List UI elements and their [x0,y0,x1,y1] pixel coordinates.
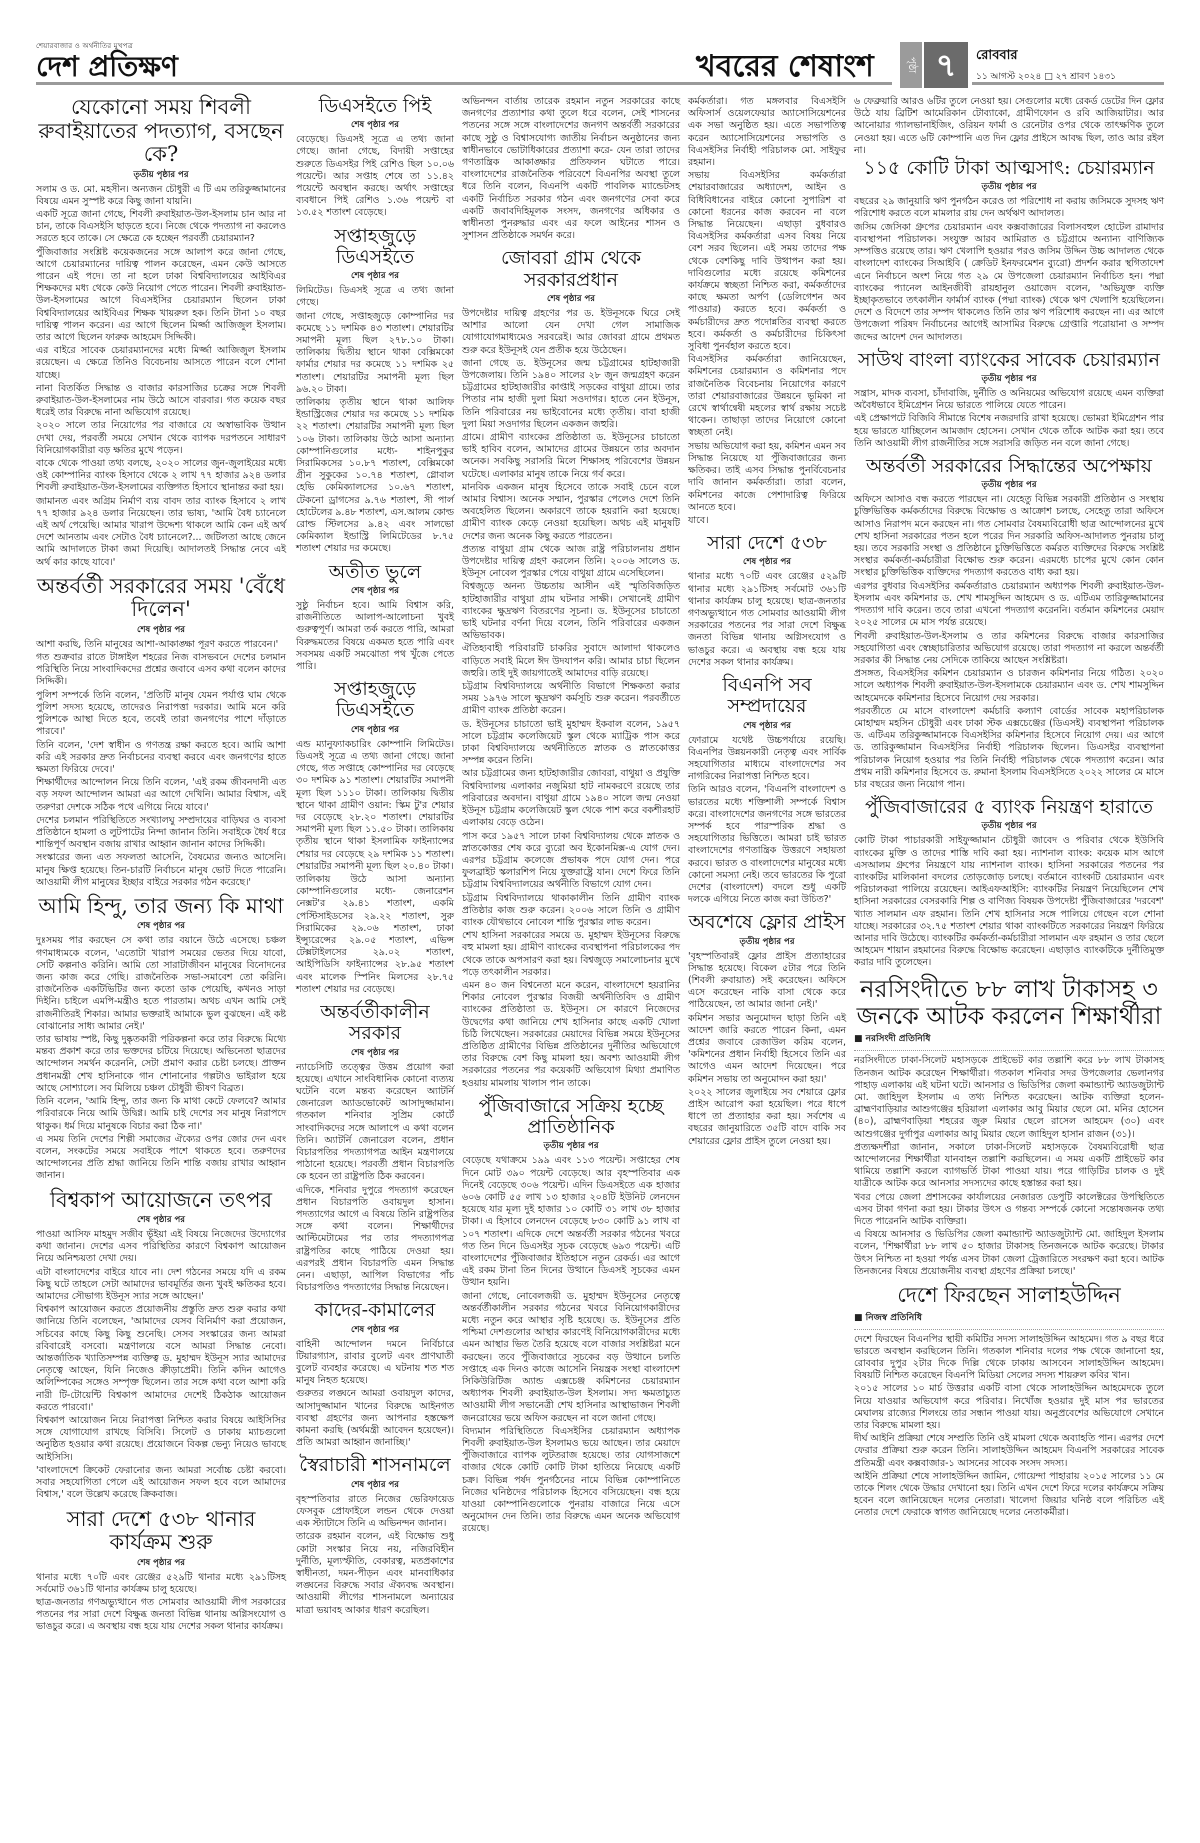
paragraph: এর বাইরে সাবেক চেয়ারম্যানদের মধ্যে মির্… [36,345,286,382]
jump-line: শেষ পৃষ্ঠার পর [296,118,454,132]
headline: সারা দেশে ৫৩৮ [688,533,846,554]
article-body: নরসিংদীতে ঢাকা-সিলেট মহাসড়কে প্রাইভেট ক… [854,1055,1164,1278]
jump-line: শেষ পৃষ্ঠার পর [36,623,286,637]
jump-line: শেষ পৃষ্ঠার পর [296,269,454,283]
article-interim-decision: অন্তর্বর্তী সরকারের সিদ্ধান্তের অপেক্ষায… [854,456,1164,791]
paragraph: এমন ৪০ জন বিশ্বনেতা মনে করেন, বাংলাদেশে … [462,980,680,1090]
jump-line: শেষ পৃষ্ঠার পর [296,1323,454,1337]
jump-line: শেষ পৃষ্ঠার পর [296,723,454,737]
section-title: খবরের শেষাংশ [696,42,874,93]
paragraph: পুঁজিবাজার সংশ্লিষ্ট কয়েকজনের সঙ্গে আলা… [36,247,286,345]
article-body: আশা করছি, তিনি মানুষের আশা-আকাঙ্ক্ষা পূর… [36,639,286,889]
article-weekly-dse-gainers: সপ্তাহজুড়ে ডিএসইতে শেষ পৃষ্ঠার পর এন্ড … [296,679,454,996]
paragraph: জসিম জেসিকা গ্রুপের চেয়ারম্যান এবং কক্স… [854,222,1164,344]
paragraph: সভায় বিএসইসির কর্মকর্তারা শেয়ারবাজারের… [688,170,846,353]
column-center-left: ডিএসইতে পিই শেষ পৃষ্ঠার পর বেড়েছে। ডিএস… [296,96,454,1623]
headline: স্বৈরাচারী শাসনামলে [296,1455,454,1476]
headline: বিএনপি সব সম্প্রদায়ের [688,675,846,718]
headline: বিশ্বকাপ আয়োজনে তৎপর [36,1189,286,1213]
article-floor-price: অবশেষে ফ্লোর প্রাইস তৃতীয় পৃষ্ঠার পর 'ব… [688,912,846,1148]
paragraph: বিএসইসির কর্মকর্তারা জানিয়েছেন, কমিশনের… [688,354,846,439]
article-ami-hindu: আমি হিন্দু, তার জন্য কি মাথা শেষ পৃষ্ঠার… [36,895,286,1183]
paragraph: উপদেষ্টার দায়িত্ব গ্রহণের পর ড. ইউনূসকে… [462,308,680,357]
jump-line: শেষ পৃষ্ঠার পর [296,1046,454,1060]
article-body: উপদেষ্টার দায়িত্ব গ্রহণের পর ড. ইউনূসকে… [462,308,680,1090]
headline: অন্তর্বর্তী সরকারের সিদ্ধান্তের অপেক্ষায… [854,456,1164,477]
article-body: ফোরামে যথেষ্ট উচ্চপর্যায়ে রয়েছি। বিএনপ… [688,735,846,907]
headline: নরসিংদীতে ৮৮ লাখ টাকাসহ ৩ জনকে আটক করলেন… [854,976,1164,1030]
paragraph: তালিকায় তৃতীয় স্থানে থাকা আলিফ ইন্ডাস্… [296,397,454,556]
article-body: কর্মকর্তারা। গত মঙ্গলবার বিএসইসি অফিসার্… [688,96,846,527]
article-narsingdi: নরসিংদীতে ৮৮ লাখ টাকাসহ ৩ জনকে আটক করলেন… [854,976,1164,1278]
article-body: থানার মধ্যে ৭০টি এবং রেঞ্জের ৫২৯টি থানার… [688,571,846,669]
date-block: রোববার ১১ আগস্ট ২০২৪ □ ২৭ শ্রাবণ ১৪৩১ [976,46,1116,84]
paragraph: ২০১৫ সালের ১০ মার্চ উত্তরার একটি বাসা থে… [854,1383,1164,1432]
paragraph: আশা করছি, তিনি মানুষের আশা-আকাঙ্ক্ষা পূর… [36,639,286,651]
article-body: ন্যাচেসিটি তত্ত্বের উত্তম প্রয়োগ করা হয… [296,1062,454,1295]
paragraph: আইনি প্রক্রিয়া শেষে সালাহউদ্দিন জামিন, … [854,1471,1164,1520]
article-body: থানার মধ্যে ৭০টি এবং রেঞ্জের ৫২৯টি থানার… [36,1572,286,1634]
article-thana-538-operations: সারা দেশে ৫৩৮ থানার কার্যক্রম শুরু শেষ প… [36,1508,286,1634]
article-past-forget: অতীত ভুলে শেষ পৃষ্ঠার পর সুষ্ঠু নির্বাচন… [296,562,454,673]
paragraph: দেশে ফিরছেন বিএনপির স্থায়ী কমিটির সদস্য… [854,1334,1164,1383]
jump-line: তৃতীয় পৃষ্ঠার পর [854,180,1164,194]
article-body: 'বৃহস্পতিবারই ফ্লোর প্রাইস প্রত্যাহারের … [688,951,846,1148]
paragraph: যাবে। [688,515,846,527]
paragraph: প্রসঙ্গত, বিএসইসির কমিশন চেয়ারম্যান ও চ… [854,668,1164,705]
article-shibli-resignation: যেকোনো সময় শিবলী রুবাইয়াতের পদত্যাগ, ব… [36,96,286,569]
paragraph: ২০২২ সালের জুলাইয়ে সব শেয়ারে ফ্লোর প্র… [688,1087,846,1148]
article-interim-time: অন্তর্বর্তী সরকারের সময় 'বেঁধে দিলেন' শ… [36,575,286,889]
article-weekly-dse-losers: সপ্তাহজুড়ে ডিএসইতে শেষ পৃষ্ঠার পর লিমিট… [296,226,454,556]
jump-line: শেষ পৃষ্ঠার পর [296,584,454,598]
jump-line: তৃতীয় পৃষ্ঠার পর [462,1139,680,1153]
article-institutional-investors: পুঁজিবাজারে সক্রিয় হচ্ছে প্রাতিষ্ঠানিক … [462,1096,680,1536]
divider [854,1050,1164,1051]
jump-line: শেষ পৃষ্ঠার পর [688,555,846,569]
article-worldcup: বিশ্বকাপ আয়োজনে তৎপর শেষ পৃষ্ঠার পর পাও… [36,1189,286,1502]
headline: অবশেষে ফ্লোর প্রাইস [688,912,846,933]
byline: ■ নিজস্ব প্রতিনিধি [854,1310,1164,1325]
paragraph: ফোরামে যথেষ্ট উচ্চপর্যায়ে রয়েছি। বিএনপ… [688,735,846,784]
paragraph: চট্টগ্রাম বিশ্ববিদ্যালয়ে অর্থনীতি বিভাগ… [462,681,680,718]
paragraph: নরসিংদীতে ঢাকা-সিলেট মহাসড়কে প্রাইভেট ক… [854,1055,1164,1140]
jump-line: শেষ পৃষ্ঠার পর [36,919,286,933]
weekday: রোববার [976,46,1116,67]
paragraph: তিনি বলেন, 'দেশ স্বাধীন ও গণতন্ত্র রক্ষা… [36,740,286,777]
masthead-rule-center [596,82,892,85]
article-body: বেড়েছে। ডিএসই সূত্রে এ তথ্য জানা গেছে। … [296,134,454,219]
divider [854,1329,1164,1330]
paragraph: ড. ইউনূসের চাচাতো ভাই মুহাম্মদ ইকবাল বলে… [462,719,680,768]
article-bnp-hope-continued: অভিনন্দন বার্তায় তারেক রহমান নতুন সরকার… [462,96,680,242]
paragraph: তারেক রহমান বলেন, এই বিক্ষোভ শুধু কোটা স… [296,1531,454,1616]
headline: অন্তর্বর্তীকালীন সরকার [296,1002,454,1045]
paragraph: খবর পেয়ে জেলা প্রশাসকের কার্যালয়ের নেজ… [854,1192,1164,1229]
paragraph: এটা বাংলাদেশের বাইরে যাবে না। দেশ গঠনের … [36,1267,286,1304]
jump-line: শেষ পৃষ্ঠার পর [462,292,680,306]
paragraph: বিশ্বকাপ আয়োজন করতে প্রয়োজনীয় প্রস্তু… [36,1304,286,1414]
paragraph: সংস্কারের জন্য এত সফলতা আসেনি, বৈষম্যের … [36,852,286,889]
article-body: কোটি টাকা পাচারকারী সাইফুজ্জামান চৌধুরী … [854,835,1164,969]
article-kader-kamal: কাদের-কামালের শেষ পৃষ্ঠার পর বাহিনী আন্দ… [296,1300,454,1449]
headline: আমি হিন্দু, তার জন্য কি মাথা [36,895,286,919]
page-label: পৃষ্ঠা [900,42,922,88]
paragraph: দেশের চলমান পরিস্থিতিতে সংখ্যালঘু সম্প্র… [36,815,286,852]
paragraph: গত শুক্রবার রাতে টাঙ্গাইল শহরের নিজ বাসভ… [36,652,286,689]
paragraph: সলাম ও ড. মো. মহসীন। অন্যজন চৌধুরী এ টি … [36,184,286,208]
paragraph: প্রত্যন্ত বাথুয়া গ্রাম থেকে আজ রাষ্ট্র … [462,544,680,581]
paragraph: তার ভাষায় স্পষ্ট, কিছু দুষ্কৃতকারী পরিক… [36,1034,286,1095]
paragraph: বাহিনী আন্দোলন দমনে নির্বিচারে টিয়ারগ্য… [296,1339,454,1388]
jump-line: শেষ পৃষ্ঠার পর [688,719,846,733]
paragraph: সুষ্ঠু নির্বাচন হবে। আমি বিশ্বাস করি, রা… [296,600,454,673]
article-dse-pe: ডিএসইতে পিই শেষ পৃষ্ঠার পর বেড়েছে। ডিএস… [296,96,454,220]
paragraph: জানা গেছে, নোবেলজয়ী ড. মুহাম্মদ ইউনূসের… [462,1291,680,1425]
paragraph: পাস করে ১৯৫৭ সালে ঢাকা বিশ্ববিদ্যালয় থে… [462,831,680,892]
column-center: অভিনন্দন বার্তায় তারেক রহমান নতুন সরকার… [462,96,680,1542]
paragraph: 'বাংলাদেশে ক্রিকেট ফেরানোর জন্য আমরা সর্… [36,1465,286,1502]
paragraph: অভিনন্দন বার্তায় তারেক রহমান নতুন সরকার… [462,96,680,242]
column-right: ৬ ফেব্রুয়ারি আরও ৬টির তুলে নেওয়া হয়। … [854,96,1164,1526]
headline: পুঁজিবাজারের ৫ ব্যাংক নিয়ন্ত্রণ হারাতে [854,797,1164,818]
headline: ১১৫ কোটি টাকা আত্মসাৎ: চেয়ারম্যান [854,158,1164,179]
article-body: পাওয়া আসিফ মাহমুদ সজীব ভূঁইয়া এই বিষয়… [36,1229,286,1501]
paragraph: প্রত্যক্ষদর্শীরা জানান, সকালে ঢাকা-সিলেট… [854,1142,1164,1191]
paragraph: বাকে থেকে পাওয়া তথ্য বলছে, ২০২০ সালের জ… [36,458,286,495]
paragraph: ছাত্র-জনতার গণঅভ্যুত্থানে গত সোমবার আওয়… [36,1597,286,1634]
headline: যেকোনো সময় শিবলী রুবাইয়াতের পদত্যাগ, ব… [36,96,286,167]
brand-logo: শেয়ারবাজার ও অর্থনীতির মুখপত্র দেশ প্রত… [36,40,178,82]
article-body: এন্ড ম্যানুফ্যাকচারিং কোম্পানি লিমিটেড। … [296,739,454,996]
column-center-right: কর্মকর্তারা। গত মঙ্গলবার বিএসইসি অফিসার্… [688,96,846,1154]
paragraph: জানা গেছে ড. ইউনূসের জন্ম চট্টগ্রামের হা… [462,358,680,431]
paragraph: দীর্ঘ আইনি প্রক্রিয়া শেষে সম্প্রতি তিনি… [854,1433,1164,1470]
article-body: ৬ ফেব্রুয়ারি আরও ৬টির তুলে নেওয়া হয়। … [854,96,1164,157]
jump-line: তৃতীয় পৃষ্ঠার পর [854,819,1164,833]
jump-line: তৃতীয় পৃষ্ঠার পর [36,168,286,182]
paragraph: জানা গেছে, সপ্তাহজুড়ে কোম্পানির দর কমেছ… [296,311,454,396]
masthead: শেয়ারবাজার ও অর্থনীতির মুখপত্র দেশ প্রত… [36,40,1164,86]
paragraph: এ সময় তিনি দেশের শিল্পী সমাজের ঐক্যের ও… [36,1134,286,1183]
article-jobra-village: জোবরা গ্রাম থেকে সরকারপ্রধান শেষ পৃষ্ঠার… [462,248,680,1089]
paragraph: এই প্রেক্ষাপটে বিজিবি সীমান্তে বিশেষ নজর… [854,413,1164,450]
article-body: সলাম ও ড. মো. মহসীন। অন্যজন চৌধুরী এ টি … [36,184,286,569]
paragraph: তিনি আরও বলেন, 'বিএনপি বাংলাদেশ ও ভারতের… [688,784,846,906]
headline: ডিএসইতে পিই [296,96,454,117]
headline: পুঁজিবাজারে সক্রিয় হচ্ছে প্রাতিষ্ঠানিক [462,1096,680,1139]
paragraph: লিমিটেড। ডিএসই সূত্রে এ তথ্য জানা গেছে। [296,285,454,309]
headline: অন্তর্বর্তী সরকারের সময় 'বেঁধে দিলেন' [36,575,286,622]
paragraph: তিনি বলেন, 'আমি হিন্দু, তার জন্য কি মাথা… [36,1096,286,1133]
paragraph: থানার মধ্যে ৭০টি এবং রেঞ্জের ৫২৯টি থানার… [688,571,846,669]
paragraph: একটি সূত্রে জানা গেছে, শিবলী রুবাইয়াত-উ… [36,209,286,246]
paragraph: শিক্ষার্থীদের আন্দোলন নিয়ে তিনি বলেন, '… [36,777,286,814]
article-body: অভিনন্দন বার্তায় তারেক রহমান নতুন সরকার… [462,96,680,242]
paragraph: পুলিশ সম্পর্কে তিনি বলেন, 'প্রতিটি মানুষ… [36,690,286,739]
paragraph: শিবলী রুবাইয়াত-উল-ইসলাম ও তার কমিশনের ব… [854,631,1164,668]
jump-line: শেষ পৃষ্ঠার পর [36,1556,286,1570]
brand-name: দেশ প্রতিক্ষণ [36,52,178,82]
article-salahuddin: দেশে ফিরছেন সালাহউদ্দিন ■ নিজস্ব প্রতিনি… [854,1284,1164,1520]
article-body: দেশে ফিরছেন বিএনপির স্থায়ী কমিটির সদস্য… [854,1334,1164,1520]
paragraph: অফিসে আসাও বন্ধ করতে পারছেন না। যেহেতু ব… [854,494,1164,579]
jump-line: শেষ পৃষ্ঠার পর [36,1213,286,1227]
paragraph: বেড়েছে। ডিএসই সূত্রে এ তথ্য জানা গেছে। … [296,134,454,219]
headline: দেশে ফিরছেন সালাহউদ্দিন [854,1284,1164,1308]
article-body: বেড়েছে যথাক্রমে ১৯৯ এবং ১১৩ পয়েন্ট। সপ… [462,1155,680,1535]
paragraph: বিদ্যমান পরিস্থিতিতে বিএসইসির চেয়ারম্যা… [462,1426,680,1536]
paragraph: ২০২০ সালে তার নিয়োগের পর বাজারে যে অস্ব… [36,420,286,457]
paragraph: ন্যাচেসিটি তত্ত্বের উত্তম প্রয়োগ করা হয… [296,1062,454,1184]
paragraph: পাওয়া আসিফ মাহমুদ সজীব ভূঁইয়া এই বিষয়… [36,1229,286,1266]
article-bsec-officers: কর্মকর্তারা। গত মঙ্গলবার বিএসইসি অফিসার্… [688,96,846,527]
paragraph: বৃহস্পতিবার রাতে নিজের ভেরিফায়েড ফেসবুক… [296,1494,454,1531]
paragraph: দুঃসময় পার করছেন সে কথা তার বয়ানে উঠে … [36,935,286,1033]
paragraph: জামানত এবং অগ্রিম নির্মাণ ব্যয় বাবদ তার… [36,496,286,569]
byline: ■ নরসিংদী প্রতিনিধি [854,1031,1164,1046]
headline: সপ্তাহজুড়ে ডিএসইতে [296,679,454,722]
paragraph: থানার মধ্যে ৭০টি এবং রেঞ্জের ৫২৯টি থানার… [36,1572,286,1596]
article-body: সন্ত্রাস, মাদক ব্যবসা, চাঁদাবাজি, দুর্নী… [854,388,1164,450]
headline: সারা দেশে ৫৩৮ থানার কার্যক্রম শুরু [36,1508,286,1555]
article-south-bangla-bank: সাউথ বাংলা ব্যাংকের সাবেক চেয়ারম্যান তৃ… [854,350,1164,450]
paragraph: তালিকায় উঠে আসা অন্যান্য কোম্পানিগুলোর … [296,874,454,996]
headline: অতীত ভুলে [296,562,454,583]
paragraph: বছরের ২৯ জানুয়ারি ঋণ পুনর্গঠন করেও তা প… [854,196,1164,220]
article-sara-deshe-538: সারা দেশে ৫৩৮ শেষ পৃষ্ঠার পর থানার মধ্যে… [688,533,846,669]
paragraph: গুরুতর লঙ্ঘনে আমরা ওবায়দুল কাদের, আসাদু… [296,1388,454,1449]
paragraph: নানা বিতর্কিত সিদ্ধান্ত ও বাজার কারসাজির… [36,383,286,420]
paragraph: আর চট্টগ্রামের জন্য হাটহাজারীর জোবরা, বা… [462,768,680,829]
paragraph: 'বৃহস্পতিবারই ফ্লোর প্রাইস প্রত্যাহারের … [688,951,846,1012]
article-autocratic-rule: স্বৈরাচারী শাসনামলে শেষ পৃষ্ঠার পর বৃহস্… [296,1455,454,1616]
paragraph: বিশ্বকাপ আয়োজন নিয়ে নিরাপত্তা নিশ্চিত … [36,1415,286,1464]
paragraph: এন্ড ম্যানুফ্যাকচারিং কোম্পানি লিমিটেড। … [296,739,454,873]
paragraph: এরপর বুধবার বিএসইসির কর্মকর্তারাও চেয়ার… [854,581,1164,630]
column-left: যেকোনো সময় শিবলী রুবাইয়াতের পদত্যাগ, ব… [36,96,286,1640]
article-body: লিমিটেড। ডিএসই সূত্রে এ তথ্য জানা গেছে। … [296,285,454,555]
article-body: বছরের ২৯ জানুয়ারি ঋণ পুনর্গঠন করেও তা প… [854,196,1164,343]
headline: সপ্তাহজুড়ে ডিএসইতে [296,226,454,269]
article-bnp-all-communities: বিএনপি সব সম্প্রদায়ের শেষ পৃষ্ঠার পর ফো… [688,675,846,906]
article-115-crore: ৬ ফেব্রুয়ারি আরও ৬টির তুলে নেওয়া হয়। … [854,96,1164,344]
paragraph: বিশ্বজুড়ে অনন্য উচ্চতায় আসীন এই স্মৃতি… [462,581,680,642]
paragraph: কোটি টাকা পাচারকারী সাইফুজ্জামান চৌধুরী … [854,835,1164,969]
paragraph: শেখ হাসিনা সরকারের সময়ে ড. মুহাম্মদ ইউন… [462,930,680,979]
jump-line: তৃতীয় পৃষ্ঠার পর [854,478,1164,492]
paragraph: এ বিষয়ে আনসার ও ভিডিপির জেলা কমান্ড্যান… [854,1229,1164,1278]
article-interim-government: অন্তর্বর্তীকালীন সরকার শেষ পৃষ্ঠার পর ন্… [296,1002,454,1294]
headline: কাদের-কামালের [296,1300,454,1321]
paragraph: কর্মকর্তারা। গত মঙ্গলবার বিএসইসি অফিসার্… [688,96,846,169]
article-body: দুঃসময় পার করছেন সে কথা তার বয়ানে উঠে … [36,935,286,1182]
paragraph: ঐতিহ্যবাহী পরিবারটি চাকরির সুবাদে আলাদা … [462,643,680,680]
masthead-rule-right [972,82,1164,85]
paragraph: গ্রামে। গ্রামীণ ব্যাংকের প্রতিষ্ঠাতা ড. … [462,432,680,481]
paragraph: বেড়েছে যথাক্রমে ১৯৯ এবং ১১৩ পয়েন্ট। সপ… [462,1155,680,1289]
jump-line: তৃতীয় পৃষ্ঠার পর [854,372,1164,386]
headline: সাউথ বাংলা ব্যাংকের সাবেক চেয়ারম্যান [854,350,1164,371]
paragraph: মানবিক একজন মানুষ হিসেবে তাকে সবাই চেনে … [462,482,680,543]
paragraph: ৬ ফেব্রুয়ারি আরও ৬টির তুলে নেওয়া হয়। … [854,96,1164,157]
paragraph: পরবর্তীতে মে মাসে বাংলাদেশ কর্মচারি কল্য… [854,706,1164,791]
paragraph: চট্টগ্রাম বিশ্ববিদ্যালয়ে থাকাকালীন তিনি… [462,893,680,930]
headline: জোবরা গ্রাম থেকে সরকারপ্রধান [462,248,680,291]
article-body: সুষ্ঠু নির্বাচন হবে। আমি বিশ্বাস করি, রা… [296,600,454,673]
article-five-banks: পুঁজিবাজারের ৫ ব্যাংক নিয়ন্ত্রণ হারাতে … [854,797,1164,970]
article-body: বৃহস্পতিবার রাতে নিজের ভেরিফায়েড ফেসবুক… [296,1494,454,1617]
paragraph: সভায় অভিযোগ করা হয়, কমিশন এমন সব সিদ্ধ… [688,441,846,514]
jump-line: শেষ পৃষ্ঠার পর [296,1478,454,1492]
masthead-rule-left [36,82,596,85]
paragraph: এদিকে, শনিবার দুপুরে পদত্যাগ করেছেন প্রধ… [296,1185,454,1295]
page-number: ৭ [924,42,968,88]
paragraph: সন্ত্রাস, মাদক ব্যবসা, চাঁদাবাজি, দুর্নী… [854,388,1164,412]
article-body: বাহিনী আন্দোলন দমনে নির্বিচারে টিয়ারগ্য… [296,1339,454,1450]
jump-line: তৃতীয় পৃষ্ঠার পর [688,935,846,949]
article-body: অফিসে আসাও বন্ধ করতে পারছেন না। যেহেতু ব… [854,494,1164,791]
paragraph: কমিশন সভার অনুমোদন ছাড়া তিনি এই আদেশ জা… [688,1013,846,1086]
